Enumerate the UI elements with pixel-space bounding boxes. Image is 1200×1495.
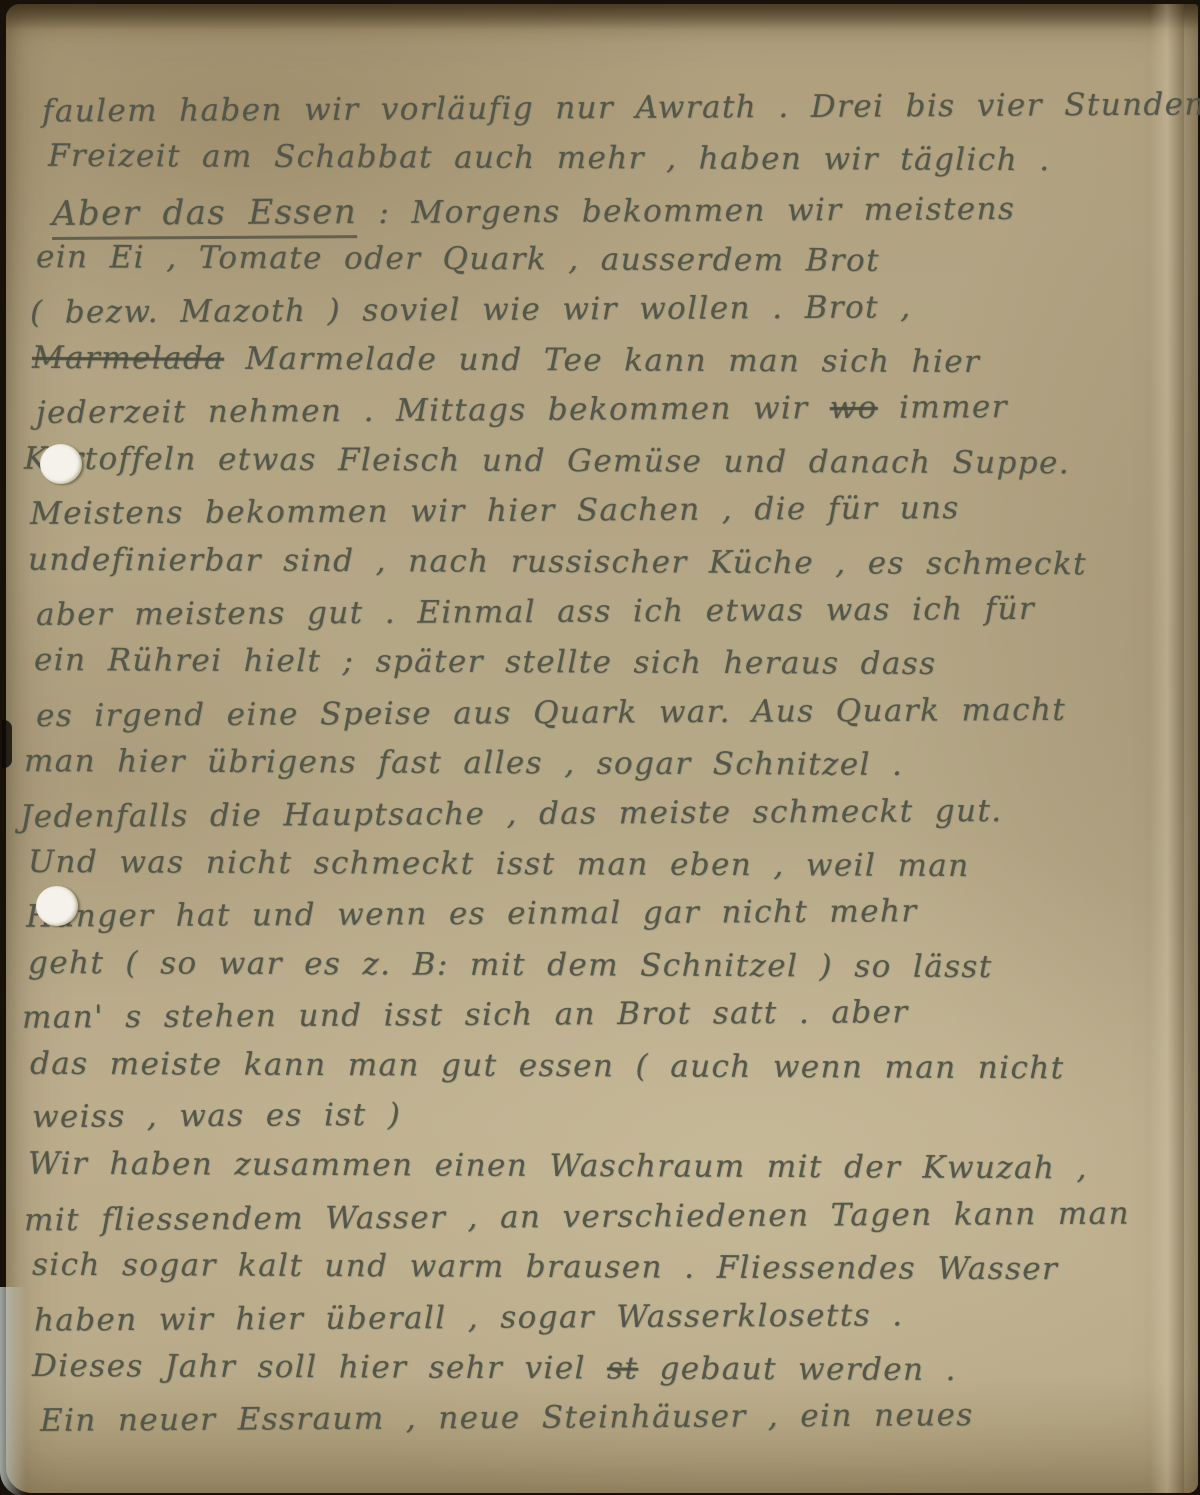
handwriting-segment: Ein neuer Essraum , neue Steinhäuser , e… [40,1398,974,1440]
letter-line: faulem haben wir vorläufig nur Awrath . … [42,86,1200,129]
letter-line: haben wir hier überall , sogar Wasserklo… [34,1297,904,1338]
handwriting-segment: weiss , was es ist ) [32,1097,402,1135]
handwriting-segment: ein Ei , Tomate oder Quark , ausserdem B… [36,239,880,279]
letter-line: mit fliessendem Wasser , an verschiedene… [24,1195,1130,1238]
handwriting-segment: jederzeit nehmen . Mittags bekommen wir [36,391,830,432]
handwriting-segment: : Morgens bekommen wir meistens [357,191,1015,231]
letter-line: Wir haben zusammen einen Waschraum mit d… [28,1146,1088,1187]
handwriting-segment: Wir haben zusammen einen Waschraum mit d… [28,1146,1088,1187]
handwriting-segment: Jedenfalls die Hauptsache , das meiste s… [20,793,1003,835]
underlined-heading: Aber das Essen [52,192,357,240]
handwriting-segment: geht ( so war es z. B: mit dem Schnitzel… [28,945,993,985]
letter-line: Aber das Essen : Morgens bekommen wir me… [52,188,1015,234]
letter-line: Jedenfalls die Hauptsache , das meiste s… [20,793,1003,835]
handwriting-segment: aber meistens gut . Einmal ass ich etwas… [36,591,1035,633]
letter-line: weiss , was es ist ) [32,1097,402,1135]
letter-line: Und was nicht schmeckt isst man eben , w… [28,844,970,884]
letter-line: man' s stehen und isst sich an Brot satt… [22,994,909,1035]
handwriting-segment: faulem haben wir vorläufig nur Awrath . … [42,86,1200,129]
handwriting-segment: Marmelade und Tee kann man sich hier [224,341,980,380]
letter-line: Freizeit am Schabbat auch mehr , haben w… [48,138,1051,178]
handwriting-segment: man hier übrigens fast alles , sogar Sch… [24,743,903,783]
handwriting-segment: ( bezw. Mazoth ) soviel wie wir wollen .… [30,289,912,330]
letter-line: es irgend eine Speise aus Quark war. Aus… [36,692,1066,734]
letter-line: Kartoffeln etwas Fleisch und Gemüse und … [24,441,1070,482]
handwriting-segment: Kartoffeln etwas Fleisch und Gemüse und … [24,441,1070,482]
handwriting-segment: immer [878,389,1008,426]
letter-line: aber meistens gut . Einmal ass ich etwas… [36,591,1035,633]
letter-line: undefinierbar sind , nach russischer Küc… [28,541,1087,582]
struck-word: wo [830,390,878,426]
letter-line: Ein neuer Essraum , neue Steinhäuser , e… [40,1398,974,1440]
letter-line: man hier übrigens fast alles , sogar Sch… [24,743,903,783]
handwriting-segment: es irgend eine Speise aus Quark war. Aus… [36,692,1066,734]
handwriting-segment: Dieses Jahr soll hier sehr viel [32,1348,607,1387]
handwriting-segment: sich sogar kalt und warm brausen . Flies… [32,1247,1058,1287]
letter-line: das meiste kann man gut essen ( auch wen… [30,1045,1065,1086]
handwriting-segment: haben wir hier überall , sogar Wasserklo… [34,1297,904,1338]
handwriting-segment: man' s stehen und isst sich an Brot satt… [22,994,909,1035]
handwriting-segment: Und was nicht schmeckt isst man eben , w… [28,844,970,884]
letter-line: ein Ei , Tomate oder Quark , ausserdem B… [36,239,880,279]
handwriting-segment: Freizeit am Schabbat auch mehr , haben w… [48,138,1051,178]
handwriting-segment: gebaut werden . [638,1351,957,1388]
handwriting-segment: Meistens bekommen wir hier Sachen , die … [30,490,960,532]
letter-line: Meistens bekommen wir hier Sachen , die … [30,490,960,532]
letter-line: Marmelada Marmelade und Tee kann man sic… [32,340,980,380]
handwriting-segment: undefinierbar sind , nach russischer Küc… [28,541,1087,582]
letter-line: ein Rührei hielt ; später stellte sich h… [34,642,937,682]
handwriting-segment: das meiste kann man gut essen ( auch wen… [30,1045,1065,1086]
handwriting-segment: Hunger hat und wenn es einmal gar nicht … [26,894,918,935]
letter-line: jederzeit nehmen . Mittags bekommen wir … [36,389,1008,431]
handwriting-segment: mit fliessendem Wasser , an verschiedene… [24,1195,1130,1238]
letter-page: faulem haben wir vorläufig nur Awrath . … [6,4,1198,1493]
handwriting-segment: ein Rührei hielt ; später stellte sich h… [34,642,937,682]
punch-hole [36,886,78,926]
punch-hole [40,444,82,484]
text-layer: faulem haben wir vorläufig nur Awrath . … [6,4,1198,1493]
struck-word: st [607,1350,638,1386]
letter-line: ( bezw. Mazoth ) soviel wie wir wollen .… [30,289,912,330]
letter-line: Hunger hat und wenn es einmal gar nicht … [26,894,918,935]
scan-background: faulem haben wir vorläufig nur Awrath . … [0,0,1200,1495]
struck-word: Marmelada [32,340,224,377]
letter-line: Dieses Jahr soll hier sehr viel st gebau… [32,1348,957,1388]
letter-line: geht ( so war es z. B: mit dem Schnitzel… [28,945,993,985]
letter-line: sich sogar kalt und warm brausen . Flies… [32,1247,1058,1287]
